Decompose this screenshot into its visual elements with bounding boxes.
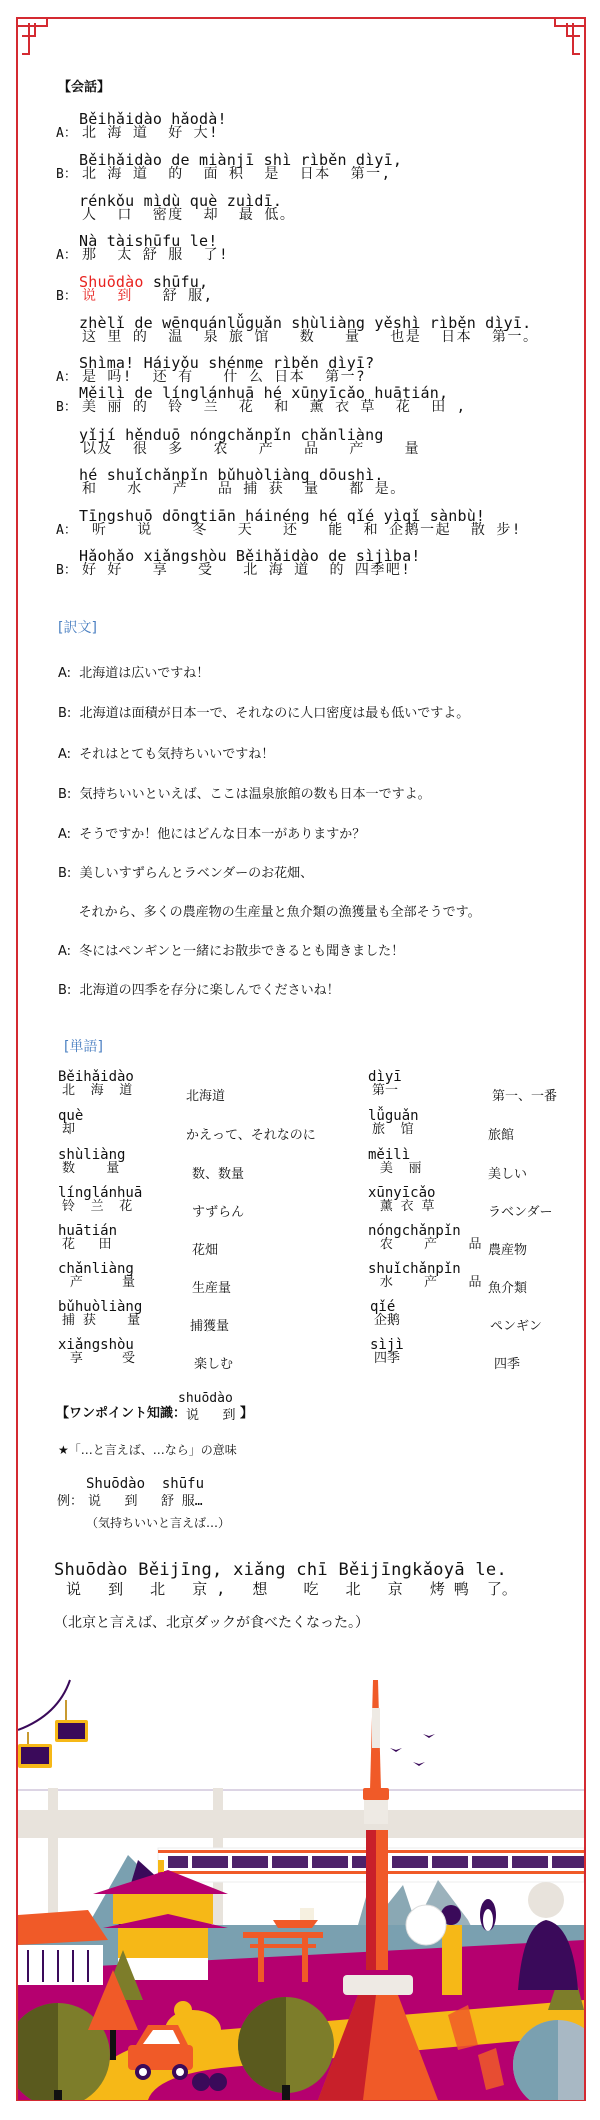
frame-corner-ornament: [554, 19, 584, 55]
onepoint-title: 【ワンポイント知識：: [56, 1402, 186, 1421]
birds-icon: [390, 1734, 435, 1766]
vocab-meaning: 第一、一番: [492, 1085, 557, 1104]
translation-title: [訳文]: [58, 617, 97, 637]
vocab-hanzi: 捕 获 量: [62, 1314, 140, 1328]
hanzi: 北 海 道 的 面 积 是 日本 第一,: [82, 167, 392, 182]
vocab-meaning: すずらん: [192, 1201, 244, 1220]
onepoint-meaning: ★「…と言えば、…なら」の意味: [58, 1441, 237, 1458]
speaker-label: B：: [56, 168, 77, 182]
translation-line: B: 美しいすずらんとラベンダーのお花畑、: [58, 862, 313, 881]
translation-line: A: 北海道は広いですね！: [58, 662, 209, 681]
vocab-hanzi: 铃 兰 花: [62, 1200, 132, 1214]
hanzi: 人 口 密度 却 最 低。: [82, 208, 295, 223]
hanzi: 以及 很 多 农 产 品 产 量: [82, 442, 420, 457]
vocab-hanzi: 企鹅: [374, 1314, 400, 1328]
vocabulary-title: [単語]: [64, 1036, 103, 1056]
speaker-label: A：: [56, 249, 77, 263]
japan-landmarks-illustration: [18, 1670, 584, 2100]
highlight-hanzi: 说 到: [82, 288, 133, 304]
sentence-translation: （北京と言えば、北京ダックが食べたくなった。）: [54, 1612, 369, 1632]
vocab-meaning: 四季: [494, 1353, 520, 1372]
vocab-hanzi: 花 田: [62, 1238, 111, 1252]
speaker-label: B：: [56, 564, 77, 578]
ropeway-icon: [18, 1680, 88, 1768]
hanzi: 好 好 享 受 北 海 道 的 四季吧!: [82, 563, 411, 578]
sentence-hanzi: 说 到 北 京 , 想 吃 北 京 烤 鸭 了。: [66, 1578, 517, 1599]
vocab-hanzi: 旅 馆: [372, 1123, 414, 1137]
onepoint-bracket: 】: [240, 1402, 253, 1421]
onepoint-title-text: 【ワンポイント知識：: [56, 1406, 186, 1421]
hanzi: 听 说 冬 天 还 能 和 企鹅一起 散 步!: [82, 523, 522, 538]
speaker-label: A：: [56, 371, 77, 385]
vocab-hanzi: 美 丽: [372, 1162, 421, 1176]
vocab-hanzi: 享 受: [62, 1352, 135, 1366]
vocab-meaning: 捕獲量: [190, 1315, 229, 1334]
hanzi: 北 海 道 好 大!: [82, 126, 219, 141]
hanzi: 那 太 舒 服 了!: [82, 248, 229, 263]
speaker-label: B：: [56, 290, 77, 304]
example-translation: （気持ちいいと言えば…）: [86, 1514, 230, 1531]
speaker-label: A：: [56, 524, 77, 538]
vocab-meaning: ラベンダー: [488, 1201, 552, 1220]
hanzi: 是 吗! 还 有 什 么 日本 第一?: [82, 370, 366, 385]
vocab-meaning: 楽しむ: [194, 1353, 233, 1372]
vocab-hanzi: 农 产 品: [372, 1238, 481, 1252]
frame-corner-ornament: [18, 19, 48, 55]
sentence-pinyin: Shuōdào Běijīng, xiǎng chī Běijīngkǎoyā …: [54, 1560, 507, 1580]
example-label: 例：: [57, 1490, 83, 1509]
translation-line: A: それはとても気持ちいいですね！: [58, 743, 274, 762]
translation-line: B: 北海道は面積が日本一で、それなのに人口密度は最も低いですよ。: [58, 702, 469, 721]
hanzi-rest: 舒 服,: [133, 288, 214, 304]
vocab-hanzi: 四季: [374, 1352, 400, 1366]
vocab-meaning: 花畑: [192, 1239, 218, 1258]
vocab-meaning: 美しい: [488, 1163, 527, 1182]
translation-line: B: 北海道の四季を存分に楽しんでくださいね！: [58, 979, 340, 998]
vocab-meaning: かえって、それなのに: [186, 1124, 316, 1143]
hanzi: 说 到 舒 服,: [82, 289, 214, 304]
speaker-label: A：: [56, 127, 77, 141]
translation-line: B: 気持ちいいといえば、ここは温泉旅館の数も日本一ですよ。: [58, 783, 431, 802]
translation-line: それから、多くの農産物の生産量と魚介類の漁獲量も全部そうです。: [58, 901, 481, 920]
vocab-meaning: ペンギン: [490, 1315, 542, 1334]
onepoint-hanzi: 说 到: [186, 1404, 235, 1423]
vocab-hanzi: 却: [62, 1123, 75, 1137]
vocab-hanzi: 薰 衣 草: [372, 1200, 434, 1214]
vocab-hanzi: 第一: [372, 1084, 398, 1098]
translation-line: A: そうですか！他にはどんな日本一がありますか？: [58, 823, 365, 842]
vocab-meaning: 農産物: [488, 1239, 527, 1258]
vocab-hanzi: 水 产 品: [372, 1276, 481, 1290]
example-hanzi: 说 到 舒 服…: [88, 1490, 203, 1509]
translation-line: A: 冬にはペンギンと一緒にお散歩できるとも聞きました！: [58, 940, 404, 959]
vocab-meaning: 魚介類: [488, 1277, 527, 1296]
vocab-hanzi: 北 海 道: [62, 1084, 132, 1098]
vocab-hanzi: 数 量: [62, 1162, 119, 1176]
vocab-hanzi: 产 量: [62, 1276, 135, 1290]
hanzi: 这 里 的 温 泉 旅 馆 数 量 也是 日本 第一。: [82, 330, 539, 345]
vocab-meaning: 生産量: [192, 1277, 231, 1296]
hanzi: 美 丽 的 铃 兰 花 和 薰 衣 草 花 田 ,: [82, 400, 467, 415]
vocab-meaning: 数、数量: [192, 1163, 244, 1182]
vocab-meaning: 北海道: [186, 1085, 225, 1104]
vocab-meaning: 旅館: [488, 1124, 514, 1143]
speaker-label: B：: [56, 401, 77, 415]
conversation-title: 【会話】: [58, 76, 110, 95]
hanzi: 和 水 产 品 捕 获 量 都 是。: [82, 482, 406, 497]
